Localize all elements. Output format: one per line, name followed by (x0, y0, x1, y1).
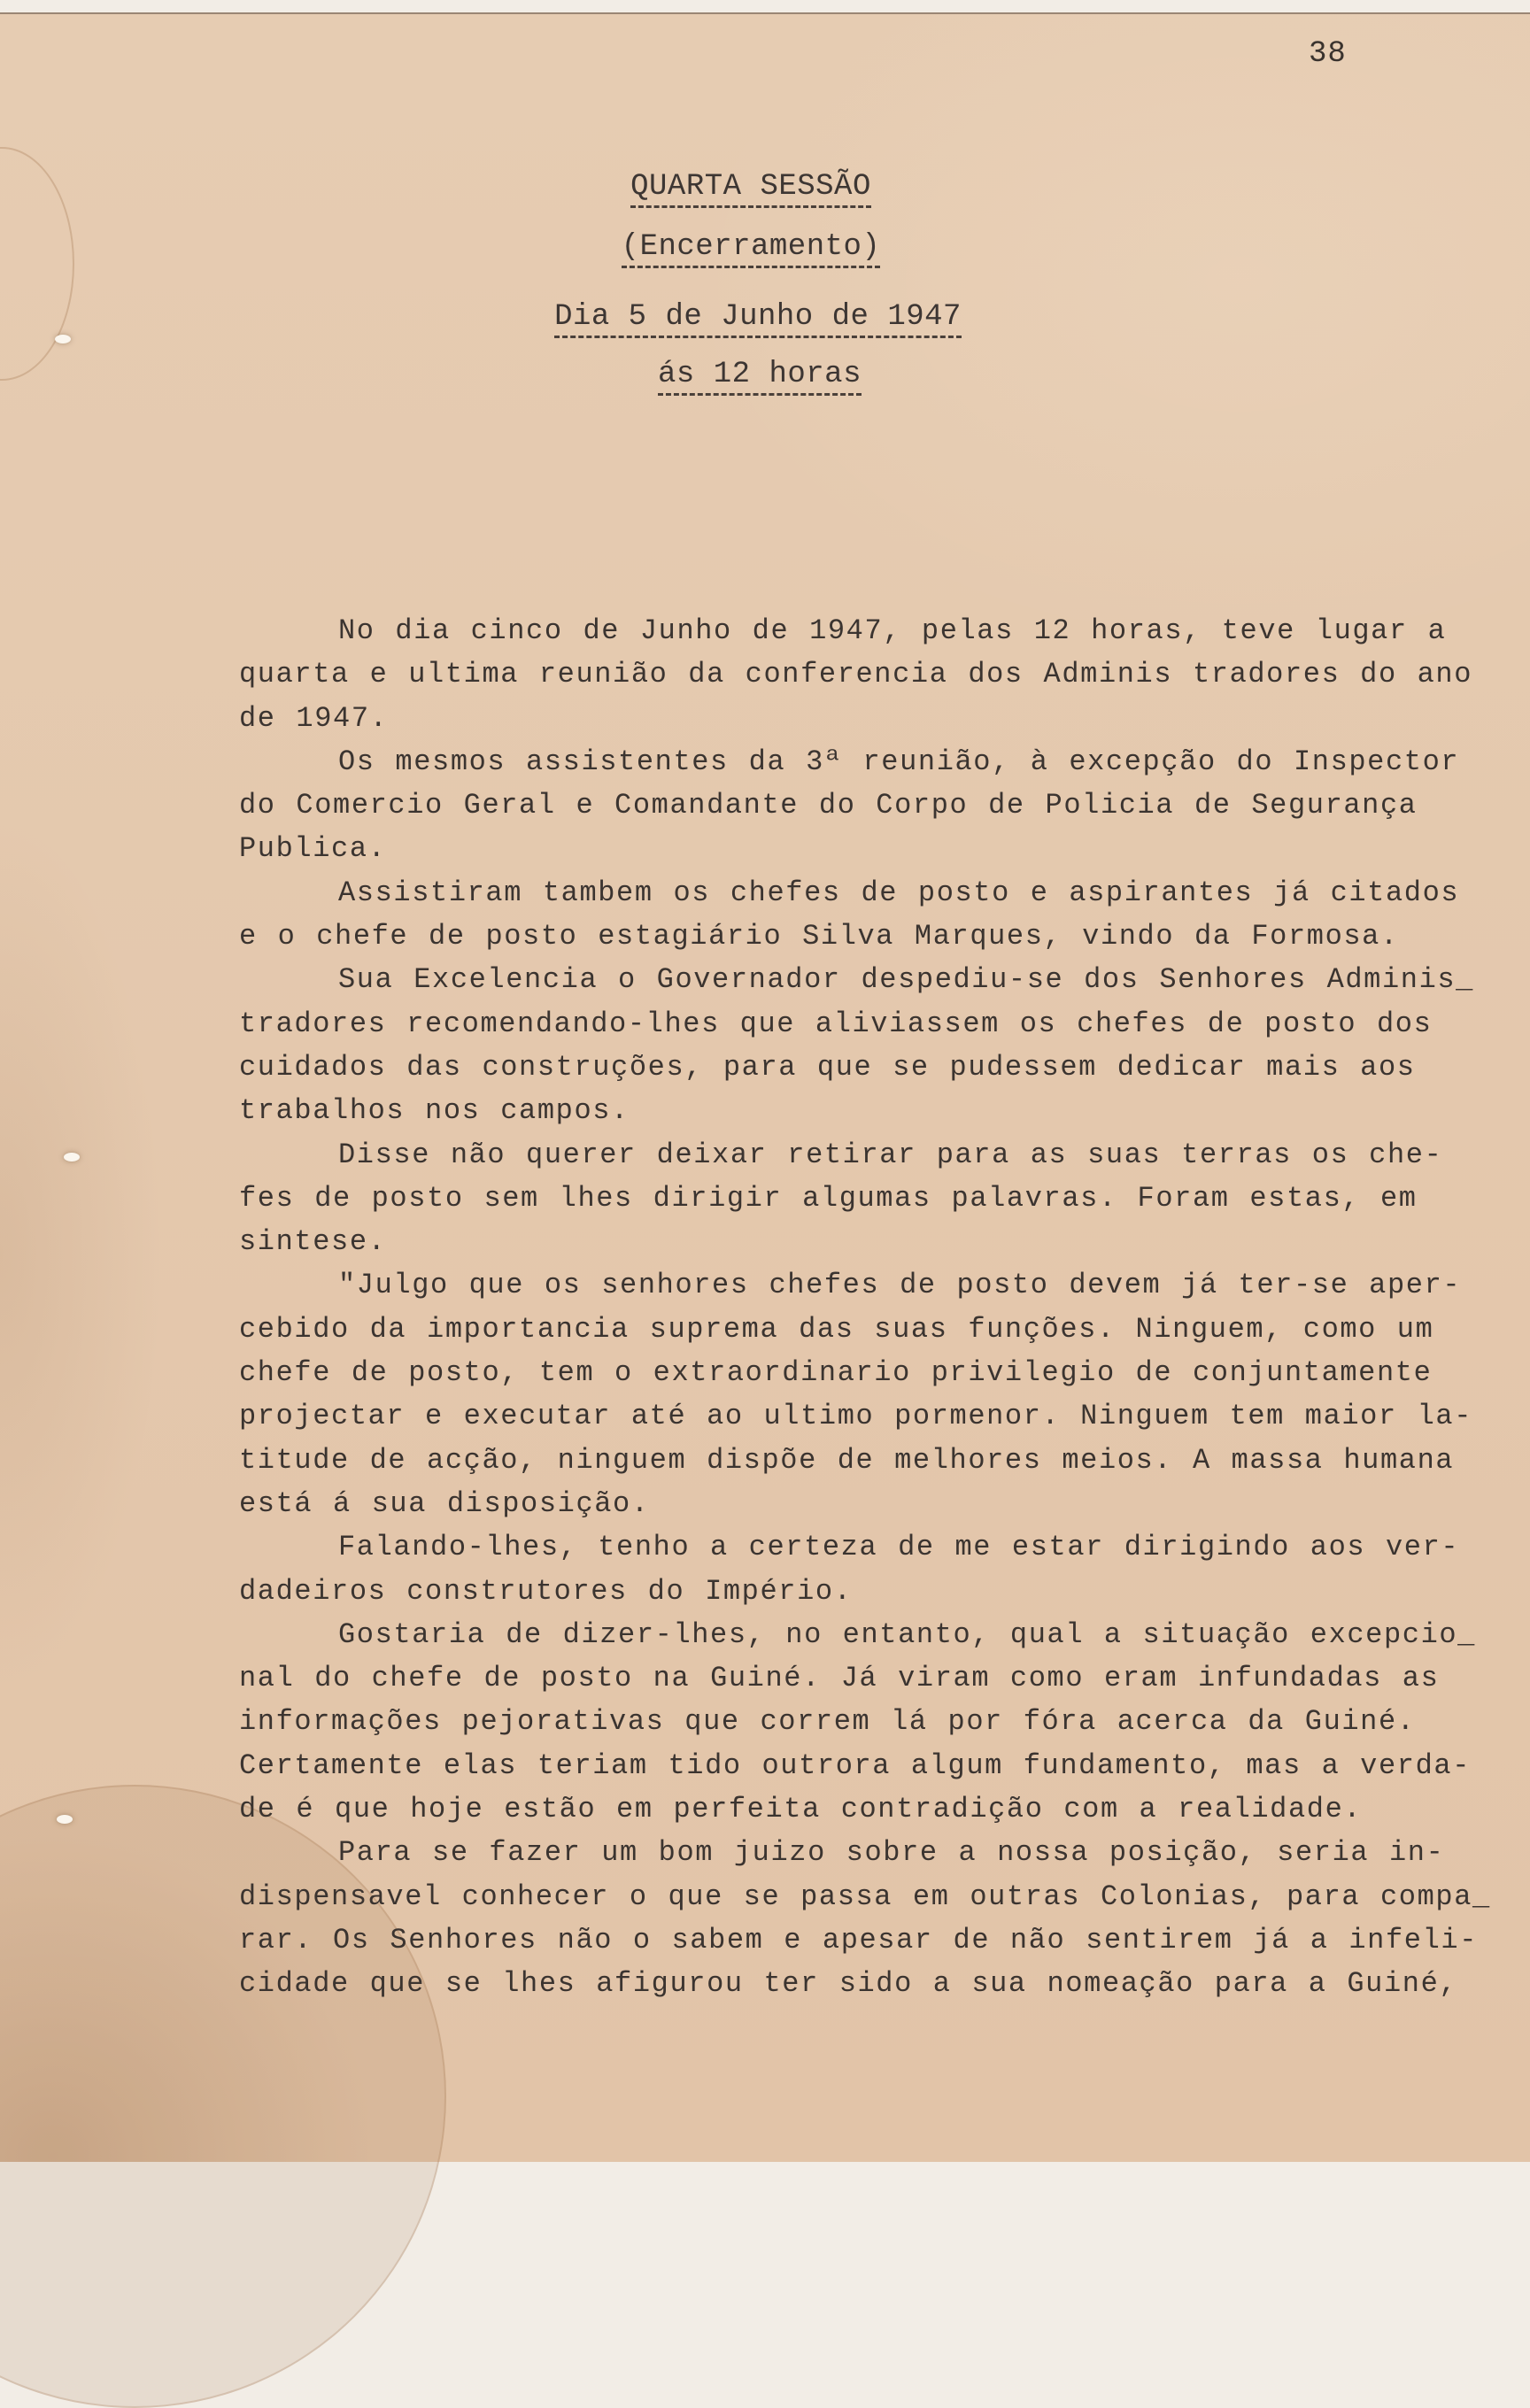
text-line: sintese. (239, 1220, 1408, 1263)
text-line: fes de posto sem lhes dirigir algumas pa… (239, 1177, 1408, 1220)
text-line: dispensavel conhecer o que se passa em o… (239, 1875, 1408, 1918)
text-line: rar. Os Senhores não o sabem e apesar de… (239, 1918, 1408, 1962)
text-line: Assistiram tambem os chefes de posto e a… (239, 871, 1408, 915)
text-line: Falando-lhes, tenho a certeza de me esta… (239, 1525, 1408, 1569)
text-line: Publica. (239, 827, 1408, 870)
text-line: projectar e executar até ao ultimo porme… (239, 1394, 1408, 1438)
text-line: Os mesmos assistentes da 3ª reunião, à e… (239, 740, 1408, 783)
punch-hole (64, 1153, 80, 1162)
text-line: titude de acção, ninguem dispõe de melho… (239, 1439, 1408, 1482)
text-line: "Julgo que os senhores chefes de posto d… (239, 1263, 1408, 1307)
text-line: Disse não querer deixar retirar para as … (239, 1133, 1408, 1177)
punch-hole (55, 335, 71, 343)
minutes-body: No dia cinco de Junho de 1947, pelas 12 … (239, 609, 1408, 2006)
text-line: No dia cinco de Junho de 1947, pelas 12 … (239, 609, 1408, 652)
text-line: quarta e ultima reunião da conferencia d… (239, 652, 1408, 696)
text-line: Gostaria de dizer-lhes, no entanto, qual… (239, 1613, 1408, 1656)
text-line: de 1947. (239, 697, 1408, 740)
text-line: cebido da importancia suprema das suas f… (239, 1308, 1408, 1351)
text-line: chefe de posto, tem o extraordinario pri… (239, 1351, 1408, 1394)
text-line: nal do chefe de posto na Guiné. Já viram… (239, 1656, 1408, 1700)
text-line: do Comercio Geral e Comandante do Corpo … (239, 783, 1408, 827)
session-title: QUARTA SESSÃO (0, 170, 1516, 204)
punch-hole (57, 1815, 73, 1824)
text-line: dadeiros construtores do Império. (239, 1570, 1408, 1613)
text-line: Sua Excelencia o Governador despediu-se … (239, 958, 1408, 1001)
session-date: Dia 5 de Junho de 1947 (0, 300, 1523, 334)
text-line: Certamente elas teriam tido outrora algu… (239, 1744, 1408, 1787)
text-line: trabalhos nos campos. (239, 1089, 1408, 1132)
text-line: de é que hoje estão em perfeita contradi… (239, 1787, 1408, 1831)
text-line: informações pejorativas que correm lá po… (239, 1700, 1408, 1743)
document-page: 38 QUARTA SESSÃO (Encerramento) Dia 5 de… (0, 12, 1530, 2160)
text-line: tradores recomendando-lhes que aliviasse… (239, 1002, 1408, 1046)
text-line: cuidados das construções, para que se pu… (239, 1046, 1408, 1089)
session-subtitle: (Encerramento) (0, 230, 1516, 264)
text-line: Para se fazer um bom juizo sobre a nossa… (239, 1831, 1408, 1874)
text-line: e o chefe de posto estagiário Silva Marq… (239, 915, 1408, 958)
page-number: 38 (1309, 37, 1347, 71)
text-line: está á sua disposição. (239, 1482, 1408, 1525)
text-line: cidade que se lhes afigurou ter sido a s… (239, 1962, 1408, 2005)
session-time: ás 12 horas (0, 358, 1525, 391)
